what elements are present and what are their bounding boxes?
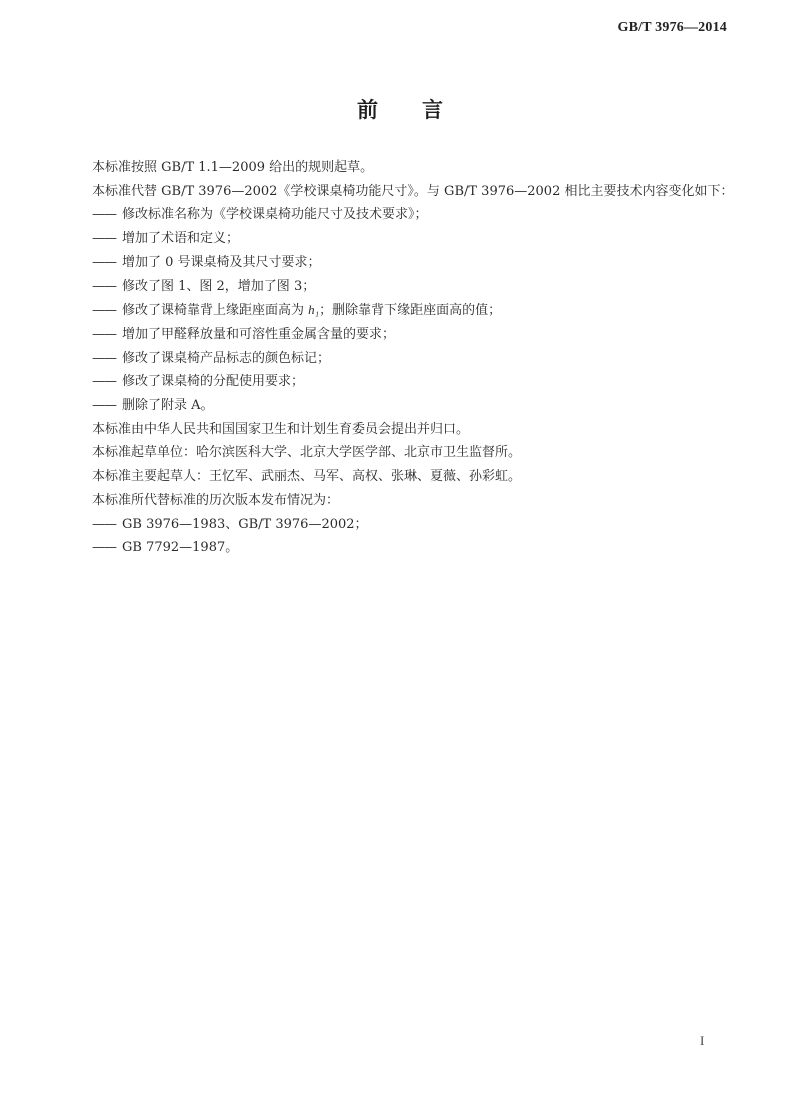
list-item: ——修改了课桌椅产品标志的颜色标记； — [66, 347, 736, 371]
foreword-body: 本标准按照 GB/T 1.1—2009 给出的规则起草。 本标准代替 GB/T … — [66, 156, 736, 560]
changes-list: ——修改标准名称为《学校课桌椅功能尺寸及技术要求》； ——增加了术语和定义； —… — [66, 203, 736, 417]
list-item: ——增加了术语和定义； — [66, 227, 736, 251]
title-char-2: 言 — [422, 94, 443, 124]
list-item: ——增加了 0 号课桌椅及其尺寸要求； — [66, 251, 736, 275]
paragraph-history-intro: 本标准所代替标准的历次版本发布情况为： — [66, 489, 736, 513]
page-title: 前言 — [0, 94, 800, 124]
history-list: ——GB 3976—1983、GB/T 3976—2002； ——GB 7792… — [66, 513, 736, 560]
title-char-1: 前 — [357, 94, 378, 124]
list-item: ——修改了课椅靠背上缘距座面高为 h₁；删除靠背下缘距座面高的值； — [66, 298, 736, 323]
standard-code-header: GB/T 3976—2014 — [617, 20, 727, 36]
paragraph-drafters: 本标准主要起草人：王忆军、武丽杰、马军、高权、张琳、夏薇、孙彩虹。 — [66, 465, 736, 489]
list-item: ——GB 7792—1987。 — [66, 536, 736, 560]
paragraph-proposer: 本标准由中华人民共和国国家卫生和计划生育委员会提出并归口。 — [66, 418, 736, 442]
list-item: ——修改了课桌椅的分配使用要求； — [66, 370, 736, 394]
page-number: I — [700, 1033, 704, 1049]
list-item: ——修改了图 1、图 2，增加了图 3； — [66, 275, 736, 299]
variable-h1: h₁ — [308, 302, 319, 317]
paragraph-drafting-units: 本标准起草单位：哈尔滨医科大学、北京大学医学部、北京市卫生监督所。 — [66, 441, 736, 465]
paragraph-drafting-rules: 本标准按照 GB/T 1.1—2009 给出的规则起草。 — [66, 156, 736, 180]
list-item: ——删除了附录 A。 — [66, 394, 736, 418]
paragraph-replaces: 本标准代替 GB/T 3976—2002《学校课桌椅功能尺寸》。与 GB/T 3… — [66, 180, 736, 204]
list-item: ——修改标准名称为《学校课桌椅功能尺寸及技术要求》； — [66, 203, 736, 227]
list-item: ——增加了甲醛释放量和可溶性重金属含量的要求； — [66, 323, 736, 347]
list-item: ——GB 3976—1983、GB/T 3976—2002； — [66, 513, 736, 537]
